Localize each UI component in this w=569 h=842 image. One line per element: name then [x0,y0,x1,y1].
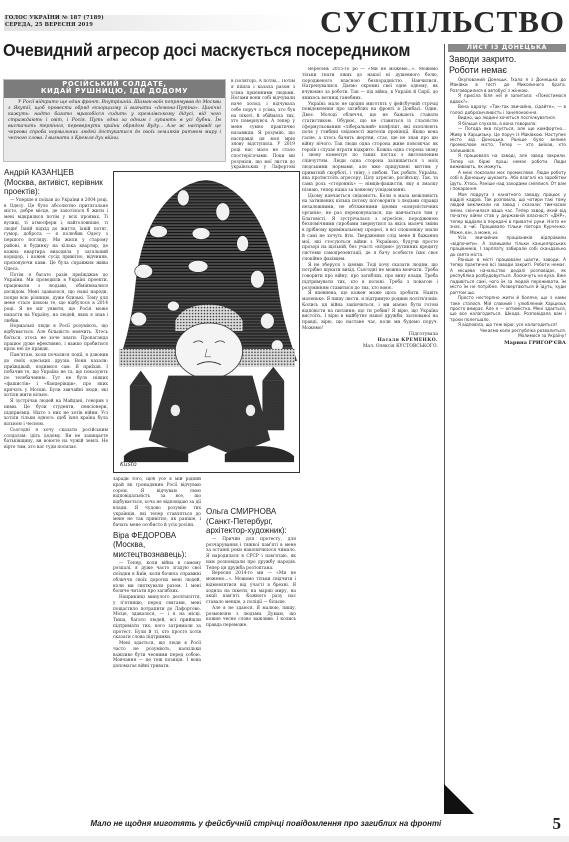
paragraph: Усіх звичайних працівників відправили «в… [450,235,566,257]
section-title: СУСПІЛЬСТВО [320,6,565,38]
paragraph: Але я не здаюся. Я малюю, пишу, розмовля… [206,606,296,629]
paragraph: Окупований Донецьк. Їхала я з Донецька д… [450,77,566,93]
paragraph: Цьому навчається свідомість. Коли я мала… [302,194,438,263]
paragraph: Я присіла біля неї й запитала: «Помістим… [450,93,566,104]
paragraph: Я працювала на заводі, але завод закрили… [450,153,566,169]
byline-role: (Санкт-Петербург, архітектор-художник): [206,517,296,536]
credit-illustration: Мал. Олексія КУСТОВСЬКОГО. [302,344,438,350]
masthead-shade [200,15,310,31]
sidebar-body: Окупований Донецьк. Їхала я з Донецька д… [450,77,566,767]
sidebar-title-line2: Роботи немає [449,65,566,76]
byline-name: Віра ФЕДОРОВА [113,531,201,541]
paragraph: Я зустрічав людей на Майдані, говорив з … [4,399,108,428]
paragraph: Потім я багато разів приїжджав до Україн… [4,273,108,325]
paragraph: Пам'ятаю, коли почалися події, я дзвонив… [4,353,108,399]
sidebar-kicker: ЛИСТ ІЗ ДОНЕЦЬКА [448,44,566,52]
page-number: 5 [553,814,562,834]
sidebar-signature: Марина ГРИГОР'ЄВА [450,341,566,346]
column-2: заради того, щоб усе я мій рідний край я… [113,477,201,814]
lead-box: РОСІЙСЬКИЙ СОЛДАТЕ, КИДАЙ РУШНИЦЮ, ІДИ Д… [3,79,226,162]
sidebar-title: Заводи закрито. Роботи немає [449,54,566,75]
paragraph: Моя подруга з канатного заводу працює у … [450,192,566,236]
column-4: Вересень 2015-го ро — «Ми не можемо...».… [302,67,438,815]
paragraph: Сьогодні я хочу сказати російським солда… [4,428,108,451]
paragraph: Нормальні люди в Росії розуміють, що від… [4,324,108,353]
column-1: Андрій КАЗАНЦЕВ (Москва, активіст, керів… [4,166,108,814]
paragraph: Раніше в місті працювали шахти, заводи. … [450,257,566,295]
byline-name: Андрій КАЗАНЦЕВ [4,168,108,178]
column-3-top: в ізоляторі. А потім... Потім я пішла і … [231,79,295,169]
lead-kicker: РОСІЙСЬКИЙ СОЛДАТЕ, КИДАЙ РУШНИЦЮ, ІДИ Д… [4,80,225,98]
byline-role: (Москва, активіст, керівник проектів): [4,178,108,197]
paragraph: в ізоляторі. А потім... Потім я пішла і … [231,79,295,169]
column-3: Ольга СМИРНОВА (Санкт-Петербург, архітек… [206,477,296,814]
lead-kicker-line2: КИДАЙ РУШНИЦЮ, ІДИ ДОДОМУ [4,88,225,95]
paragraph: Вона одразу: «Так-так звичайно, сідайте»… [450,104,566,115]
lead-text: У Росії відкрито ще один фронт. Внутрішн… [4,98,225,145]
sidebar-letter: ЛИСТ ІЗ ДОНЕЦЬКА Заводи закрито. Роботи … [444,44,566,796]
paragraph: заради того, щоб усе я мій рідний край я… [113,477,201,529]
byline-name: Ольга СМИРНОВА [206,507,296,517]
paragraph: Я не зберуся з ідеями. Тоді хочу сказати… [302,263,438,292]
byline-fedorova: Віра ФЕДОРОВА (Москва, мистецтвознавець)… [113,531,201,560]
paragraph: — Уперше я поїхав до України в 2004 році… [4,198,108,273]
paragraph: — Погода якв псується, але ще комфортно.… [450,126,566,153]
paragraph: — Причин для протесту, для розчарування … [206,537,296,572]
article-headline: Очевидний агресор досі маскується посере… [3,40,412,60]
bottom-margin [0,836,569,842]
footer-tagline: Мало не щодня миготять у фейсбучній стрі… [90,818,441,828]
byline-kazantsev: Андрій КАЗАНЦЕВ (Москва, активіст, керів… [4,168,108,197]
issue-number: ГОЛОС УКРАЇНИ № 187 (7189) [5,15,204,22]
paragraph: Чекаємо коли республіка розвалиться. Мол… [450,328,566,339]
paragraph: А мені показали моє промислове. Люди роб… [450,170,566,192]
paragraph: Мені здається, що люди в Росії часто не … [113,641,201,670]
sidebar-title-line1: Заводи закрито. [449,54,566,65]
paragraph: Україні: мало не щодня миготять у фейсбу… [302,102,438,194]
paragraph: Наприкінці минулого десятиліття, у п'ятн… [113,595,201,641]
issue-info: ГОЛОС УКРАЇНИ № 187 (7189) СЕРЕДА, 25 ВЕ… [4,15,204,31]
paragraph: Просто нестерпно жити й боляче, що з нам… [450,295,566,322]
cartoon-drawing [114,172,299,472]
paragraph: Вересень 2015-го ро — «Ми не можемо...».… [302,67,438,102]
author-name: Наталя КРЕМЕНКО. [378,338,439,343]
paragraph: Я впевнена, що кожен може щось зробити. … [302,291,438,331]
byline-role: (Москва, мистецтвознавець): [113,540,201,559]
corner-triangle-decoration [444,784,474,814]
issue-date: СЕРЕДА, 25 ВЕРЕСНЯ 2019 [5,22,204,29]
cartoonist-signature: Kusto [120,461,137,468]
byline-smirnova: Ольга СМИРНОВА (Санкт-Петербург, архітек… [206,507,296,536]
paragraph: Видно, що людині хочеться поспілкуватися… [450,115,566,120]
cartoon-illustration: Kusto [113,171,300,473]
paragraph: — Тепер, коли війна в самому розпалі, я … [113,561,201,596]
paragraph: Вересня 2014-го ми — «Ми не можемо...». … [206,571,296,606]
